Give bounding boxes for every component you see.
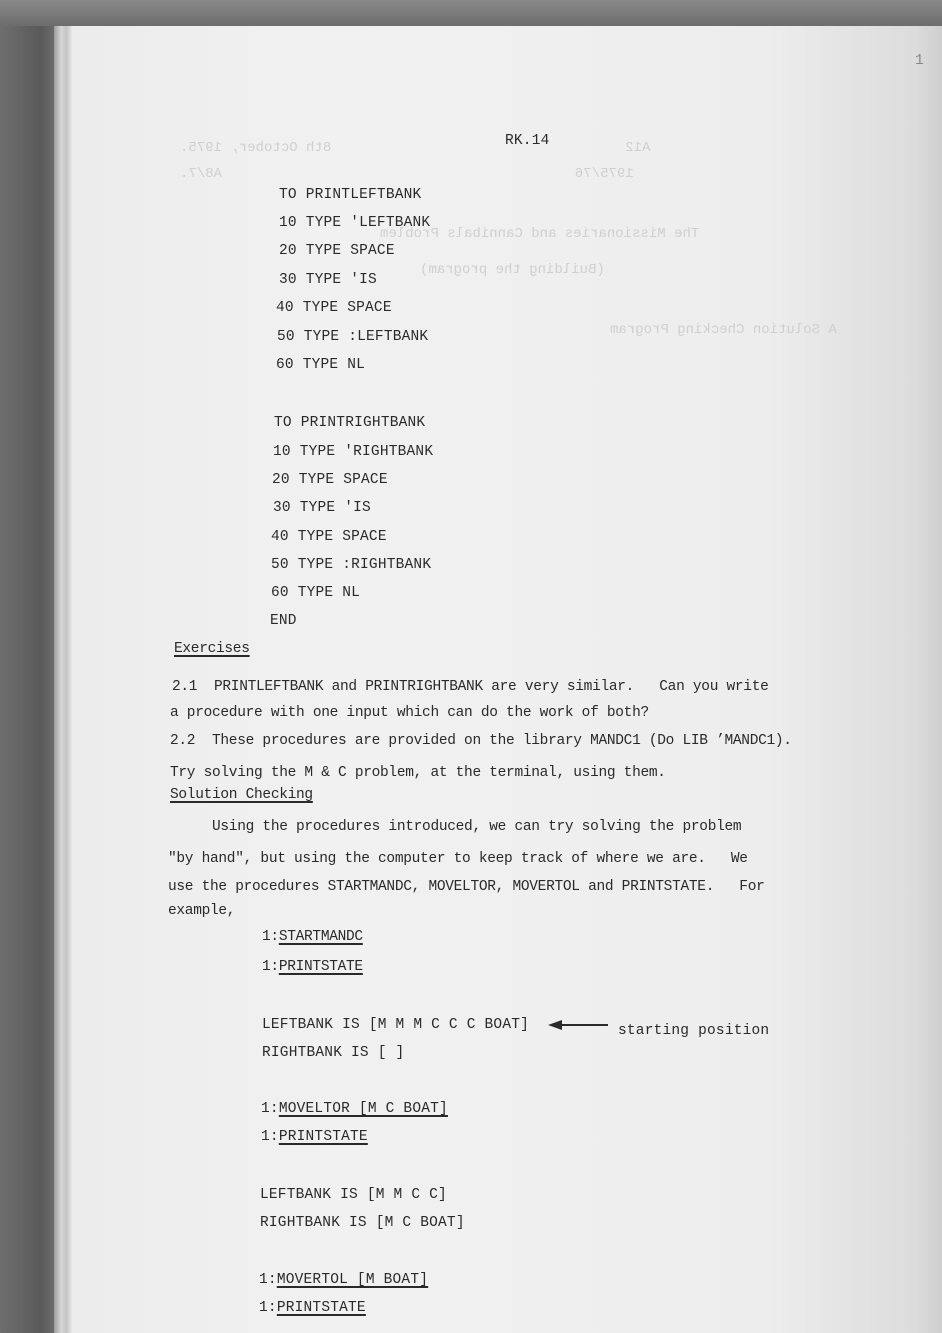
state-rightbank: RIGHTBANK IS [M C BOAT] — [260, 1214, 465, 1232]
command-printstate: PRINTSTATE — [279, 959, 363, 975]
solution-text: Using the procedures introduced, we can … — [170, 818, 741, 836]
prompt: 1: — [259, 1272, 277, 1288]
code-line: 60 TYPE NL — [271, 584, 360, 602]
code-line: TO PRINTLEFTBANK — [279, 186, 421, 204]
code-line: 60 TYPE NL — [276, 356, 365, 374]
command-moveltor: MOVELTOR [M C BOAT] — [279, 1101, 448, 1117]
prompt: 1: — [259, 1300, 277, 1316]
session-command: 1:PRINTSTATE — [259, 1299, 366, 1317]
code-line: 50 TYPE :RIGHTBANK — [271, 556, 431, 574]
exercise-text: Try solving the M & C problem, at the te… — [170, 764, 666, 782]
bleedthrough-line: (Building the program) — [420, 262, 605, 278]
session-command: 1:STARTMANDC — [262, 928, 363, 946]
command-printstate: PRINTSTATE — [277, 1300, 366, 1316]
arrow-line — [560, 1024, 608, 1026]
session-command: 1:PRINTSTATE — [262, 958, 363, 976]
session-command: 1:PRINTSTATE — [261, 1128, 368, 1146]
code-line: 10 TYPE 'LEFTBANK — [279, 214, 430, 232]
exercises-heading: Exercises — [174, 640, 250, 658]
bleedthrough-line: 1975/76 A8/7. — [180, 166, 634, 182]
prompt: 1: — [262, 959, 279, 975]
state-rightbank: RIGHTBANK IS [ ] — [262, 1044, 404, 1062]
solution-text: "by hand", but using the computer to kee… — [168, 850, 748, 868]
prompt: 1: — [261, 1129, 279, 1145]
solution-heading: Solution Checking — [170, 786, 313, 804]
scanner-left-shadow — [0, 26, 58, 1333]
session-command: 1:MOVERTOL [M BOAT] — [259, 1271, 428, 1289]
command-startmandc: STARTMANDC — [279, 929, 363, 945]
exercise-text: 2.2 These procedures are provided on the… — [170, 732, 792, 750]
prompt: 1: — [262, 929, 279, 945]
code-line: 40 TYPE SPACE — [276, 299, 392, 317]
corner-mark: 1 — [915, 52, 924, 70]
code-line: END — [270, 612, 297, 630]
command-printstate: PRINTSTATE — [279, 1129, 368, 1145]
exercise-text: a procedure with one input which can do … — [170, 704, 649, 722]
starting-position-annotation: starting position — [618, 1022, 769, 1040]
code-line: TO PRINTRIGHTBANK — [274, 414, 425, 432]
page-label: RK.14 — [505, 132, 550, 150]
code-line: 40 TYPE SPACE — [271, 528, 387, 546]
exercise-text: 2.1 PRINTLEFTBANK and PRINTRIGHTBANK are… — [172, 678, 769, 696]
state-leftbank: LEFTBANK IS [M M C C] — [260, 1186, 447, 1204]
command-movertol: MOVERTOL [M BOAT] — [277, 1272, 428, 1288]
code-line: 30 TYPE 'IS — [279, 271, 377, 289]
session-command: 1:MOVELTOR [M C BOAT] — [261, 1100, 448, 1118]
code-line: 20 TYPE SPACE — [272, 471, 388, 489]
state-leftbank: LEFTBANK IS [M M M C C C BOAT] — [262, 1016, 529, 1034]
solution-text: use the procedures STARTMANDC, MOVELTOR,… — [168, 878, 765, 896]
solution-text: example, — [168, 902, 235, 920]
scanner-top-edge — [0, 0, 942, 28]
bleedthrough-line: A12 8th October, 1975. — [180, 140, 650, 156]
prompt: 1: — [261, 1101, 279, 1117]
code-line: 50 TYPE :LEFTBANK — [277, 328, 428, 346]
code-line: 30 TYPE 'IS — [273, 499, 371, 517]
bleedthrough-line: A Solution Checking Program — [610, 322, 837, 338]
code-line: 10 TYPE 'RIGHTBANK — [273, 443, 433, 461]
page-binding-edge — [54, 26, 72, 1333]
code-line: 20 TYPE SPACE — [279, 242, 395, 260]
